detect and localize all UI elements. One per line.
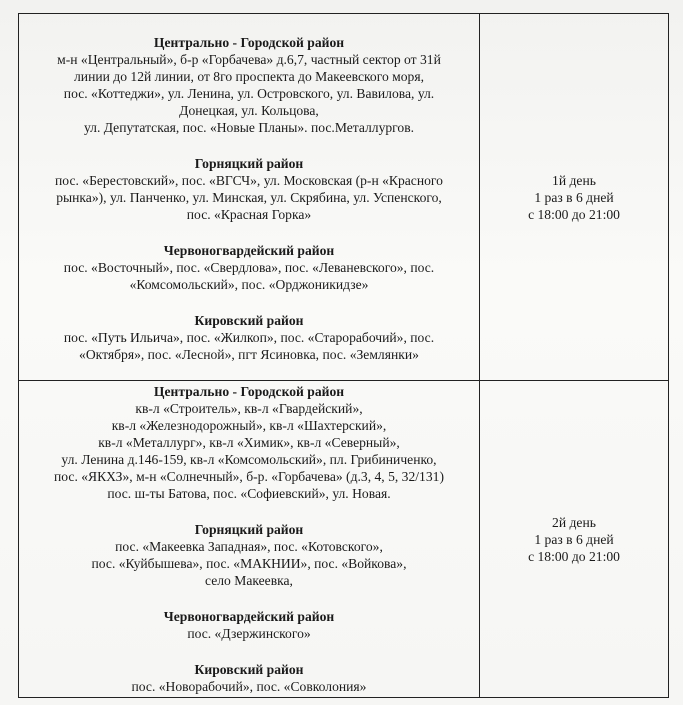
district-address-line: пос. «Берестовский», пос. «ВГСЧ», ул. Мо… — [25, 172, 473, 189]
district-block: Червоногвардейский районпос. «Дзержинско… — [25, 608, 473, 642]
district-address-line: «Комсомольский», пос. «Орджоникидзе» — [25, 276, 473, 293]
schedule-hours: с 18:00 до 21:00 — [480, 206, 668, 223]
schedule-frequency: 1 раз в 6 дней — [480, 189, 668, 206]
schedule-frequency: 1 раз в 6 дней — [480, 531, 668, 548]
district-address-line: пос. «Красная Горка» — [25, 206, 473, 223]
district-address-line: рынка»), ул. Панченко, ул. Минская, ул. … — [25, 189, 473, 206]
district-address-line: пос. «Путь Ильича», пос. «Жилкоп», пос. … — [25, 329, 473, 346]
district-address-line: ул. Ленина д.146-159, кв-л «Комсомольски… — [25, 451, 473, 468]
district-address-line: ул. Депутатская, пос. «Новые Планы». пос… — [25, 119, 473, 136]
district-block: Кировский районпос. «Новорабочий», пос. … — [25, 661, 473, 695]
district-address-line: кв-л «Строитель», кв-л «Гвардейский», — [25, 400, 473, 417]
schedule-cell: 1й день 1 раз в 6 дней с 18:00 до 21:00 — [480, 14, 669, 381]
district-address-line: пос. «Макеевка Западная», пос. «Котовско… — [25, 538, 473, 555]
district-title: Горняцкий район — [25, 521, 473, 538]
district-address-line: пос. «Коттеджи», ул. Ленина, ул. Островс… — [25, 85, 473, 102]
district-address-line: пос. «Восточный», пос. «Свердлова», пос.… — [25, 259, 473, 276]
district-title: Центрально - Городской район — [25, 383, 473, 400]
schedule-table: Центрально - Городской районм-н «Централ… — [18, 13, 669, 698]
district-list: Центрально - Городской районкв-л «Строит… — [19, 381, 479, 697]
district-block: Горняцкий районпос. «Макеевка Западная»,… — [25, 521, 473, 589]
schedule-info: 1й день 1 раз в 6 дней с 18:00 до 21:00 — [480, 172, 668, 223]
district-list: Центрально - Городской районм-н «Централ… — [19, 24, 479, 371]
table-row: Центрально - Городской районм-н «Централ… — [19, 14, 669, 381]
areas-cell: Центрально - Городской районм-н «Централ… — [19, 14, 480, 381]
district-address-line: пос. «Новорабочий», пос. «Совколония» — [25, 678, 473, 695]
district-block: Центрально - Городской районм-н «Централ… — [25, 34, 473, 136]
district-address-line: Донецкая, ул. Кольцова, — [25, 102, 473, 119]
district-title: Червоногвардейский район — [25, 242, 473, 259]
district-block: Червоногвардейский районпос. «Восточный»… — [25, 242, 473, 293]
district-title: Кировский район — [25, 661, 473, 678]
table-row: Центрально - Городской районкв-л «Строит… — [19, 381, 669, 698]
district-title: Червоногвардейский район — [25, 608, 473, 625]
schedule-day: 2й день — [480, 514, 668, 531]
district-title: Центрально - Городской район — [25, 34, 473, 51]
district-address-line: пос. «Куйбышева», пос. «МАКНИИ», пос. «В… — [25, 555, 473, 572]
schedule-cell: 2й день 1 раз в 6 дней с 18:00 до 21:00 — [480, 381, 669, 698]
district-address-line: село Макеевка, — [25, 572, 473, 589]
schedule-info: 2й день 1 раз в 6 дней с 18:00 до 21:00 — [480, 514, 668, 565]
district-address-line: пос. «Дзержинского» — [25, 625, 473, 642]
district-block: Кировский районпос. «Путь Ильича», пос. … — [25, 312, 473, 363]
district-title: Кировский район — [25, 312, 473, 329]
district-block: Горняцкий районпос. «Берестовский», пос.… — [25, 155, 473, 223]
scanned-page: Центрально - Городской районм-н «Централ… — [0, 0, 683, 705]
district-address-line: кв-л «Металлург», кв-л «Химик», кв-л «Се… — [25, 434, 473, 451]
schedule-hours: с 18:00 до 21:00 — [480, 548, 668, 565]
district-block: Центрально - Городской районкв-л «Строит… — [25, 383, 473, 502]
areas-cell: Центрально - Городской районкв-л «Строит… — [19, 381, 480, 698]
district-address-line: пос. ш-ты Батова, пос. «Софиевский», ул.… — [25, 485, 473, 502]
district-address-line: «Октября», пос. «Лесной», пгт Ясиновка, … — [25, 346, 473, 363]
schedule-day: 1й день — [480, 172, 668, 189]
district-title: Горняцкий район — [25, 155, 473, 172]
district-address-line: пос. «ЯКХЗ», м-н «Солнечный», б-р. «Горб… — [25, 468, 473, 485]
district-address-line: кв-л «Железнодорожный», кв-л «Шахтерский… — [25, 417, 473, 434]
district-address-line: линии до 12й линии, от 8го проспекта до … — [25, 68, 473, 85]
district-address-line: м-н «Центральный», б-р «Горбачева» д.6,7… — [25, 51, 473, 68]
